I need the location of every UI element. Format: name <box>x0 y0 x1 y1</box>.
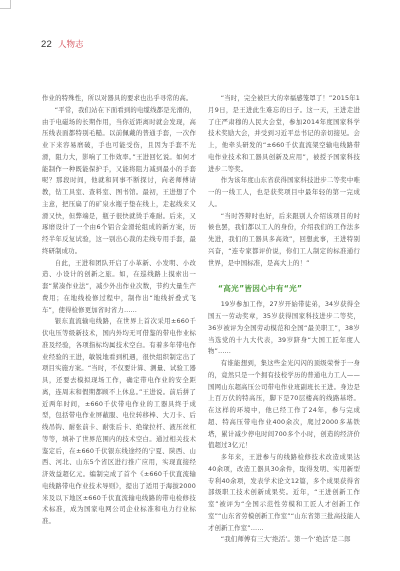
subheading: “高光”皆因心中有“光” <box>218 283 360 295</box>
crop-mark <box>0 0 11 9</box>
paragraph: “我们师傅有三大‘绝活’。第一个‘绝活’是二郎 <box>208 534 360 546</box>
paragraph: 有谁能想到，集这些金光闪闪的顶级荣誉于一身的，竟然只是一个拥有技校学历的普通电力… <box>208 358 360 452</box>
right-column: “当时，完全被巨大的幸福感笼罩了！”2015年1月9日，是王进此生难忘的日子。这… <box>208 93 360 546</box>
paragraph: 作为该年度山东省获得国家科技进步二等奖中唯一的一线工人，也是获奖项目中最年轻的第… <box>208 175 360 210</box>
paragraph: 作业的特殊性，所以对器具的要求也出乎寻常的高。 <box>42 93 196 105</box>
paragraph: 自此，王进和团队开启了小革新、小发明、小改造、小设计的创新之旅。如，在巡线路上摸… <box>42 258 196 317</box>
paragraph: “当时，完全被巨大的幸福感笼罩了！”2015年1月9日，是王进此生难忘的日子。这… <box>208 93 360 175</box>
page-number: 22 <box>41 39 52 50</box>
left-column: 作业的特殊性，所以对器具的要求也出乎寻常的高。 “平常，我们站在下面看到的电缆线… <box>42 93 196 528</box>
paragraph: 银东直流输电线路，在世界上首次采用±660千伏电压等级新技术，国内外均无可借鉴的… <box>42 316 196 528</box>
paragraph: “当时答辩时也好，后来跟别人介绍该项目的时候也罢，我们都以工人的身份，介绍我们的… <box>208 211 360 270</box>
section-title: 人物志 <box>58 38 84 50</box>
page-header: 22 人物志 <box>41 38 83 50</box>
paragraph: 多年来，王进参与的线路检修技术改造成果达40余项，改造工器具30余件，取得发明、… <box>208 452 360 534</box>
paragraph: “平常，我们站在下面看到的电缆线都是光滑的，由于电磁场的长期作用，当你近距离时就… <box>42 105 196 258</box>
paragraph: 19岁参加工作，27岁开始带徒弟，34岁获得全国五一劳动奖章，35岁获得国家科技… <box>208 299 360 358</box>
